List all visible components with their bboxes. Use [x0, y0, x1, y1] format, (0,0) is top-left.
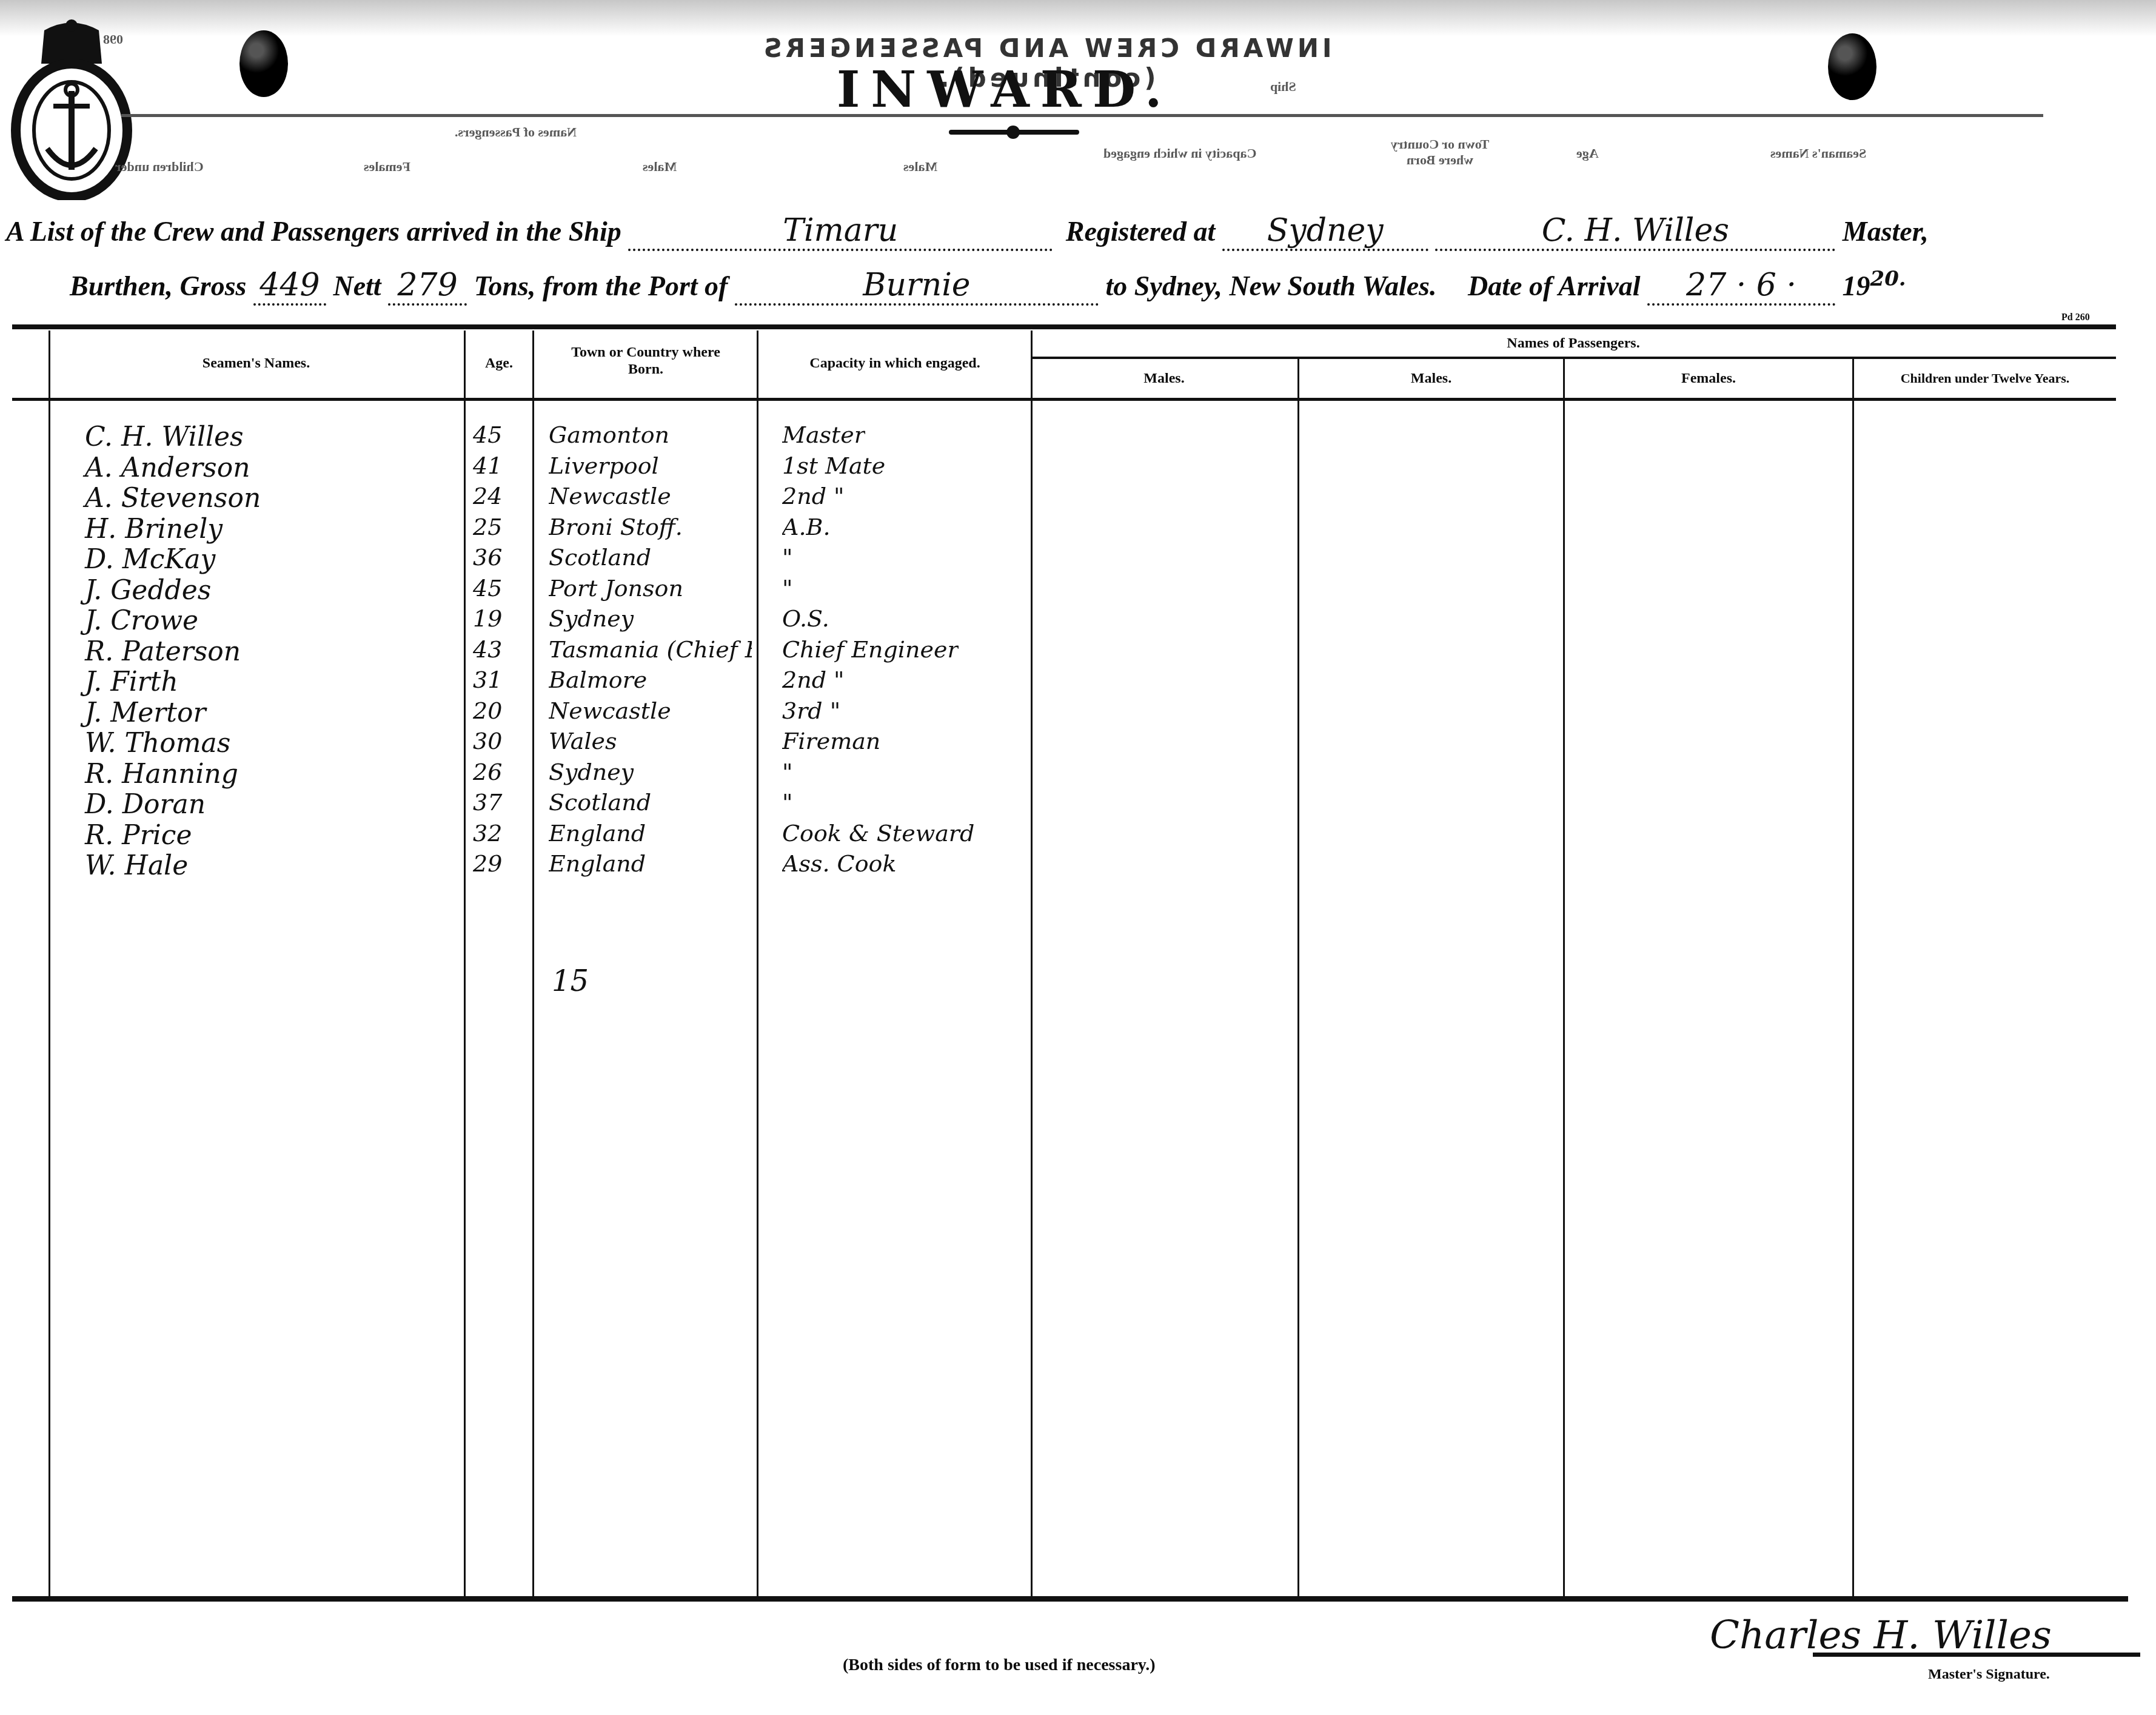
crew-town: Wales [549, 728, 617, 754]
crew-name: J. Geddes [85, 575, 211, 606]
col-line-age-town [532, 331, 534, 1598]
crew-capacity: " [782, 575, 792, 602]
crew-age: 43 [473, 636, 502, 663]
master-signature: Charles H. Willes [1710, 1613, 2052, 1658]
crew-capacity: 1st Mate [782, 452, 885, 479]
table-header-bottom-rule [12, 398, 2116, 401]
crew-capacity: O.S. [782, 605, 829, 632]
crew-age: 30 [473, 728, 502, 754]
crew-name: A. Stevenson [85, 483, 261, 514]
col-header-males-1: Males. [1031, 370, 1297, 387]
crew-name: R. Hanning [85, 759, 238, 790]
crew-capacity: Master [782, 421, 865, 448]
crew-town: Liverpool [549, 452, 659, 479]
crew-age: 26 [473, 759, 502, 785]
crew-age: 20 [473, 697, 502, 724]
col-line-males-females [1563, 359, 1565, 1598]
crew-town: England [549, 820, 646, 847]
crew-town: Sydney [549, 605, 634, 632]
crew-name: D. McKay [85, 544, 215, 575]
crew-town: Gamonton [549, 421, 669, 448]
crew-capacity: A.B. [782, 514, 831, 540]
arrival-date-field: 27 · 6 · [1647, 267, 1835, 306]
crew-capacity: " [782, 544, 792, 571]
arrival-year-field: 20. [1870, 267, 1906, 291]
crew-name: W. Hale [85, 850, 188, 881]
crew-name: D. Doran [85, 789, 206, 820]
crew-capacity: Ass. Cook [782, 850, 896, 877]
bleed-names-of-passengers: Names of Passengers. [455, 124, 577, 140]
bleed-age: Age [1576, 146, 1599, 161]
table-top-rule [12, 324, 2116, 329]
title-ornament [949, 130, 1079, 135]
col-header-capacity: Capacity in which engaged. [759, 355, 1031, 372]
crew-town: England [549, 850, 646, 877]
crew-town: Scotland [549, 544, 651, 571]
crew-town: Balmore [549, 666, 647, 693]
top-rule [121, 114, 2043, 117]
crew-age: 32 [473, 820, 502, 847]
bleed-capacity: Capacity in which engaged [1103, 146, 1256, 161]
bleed-males-2: Males [903, 159, 937, 175]
crew-age: 25 [473, 514, 502, 540]
crew-capacity: " [782, 789, 792, 816]
registered-port-field: Sydney [1222, 212, 1428, 251]
crew-capacity: Fireman [782, 728, 880, 754]
col-header-age: Age. [466, 355, 532, 372]
crew-age: 19 [473, 605, 502, 632]
bleed-town: Town or Country where Born [1382, 136, 1498, 168]
col-header-town: Town or Country where Born. [567, 344, 725, 378]
header-line-1: A List of the Crew and Passengers arrive… [6, 212, 1929, 251]
header-line-2: Burthen, Gross 449 Nett 279 Tons, from t… [70, 267, 1906, 306]
col-line-males-males [1297, 359, 1299, 1598]
crew-town: Port Jonson [549, 575, 683, 602]
col-line-capacity-passengers [1031, 331, 1033, 1598]
crew-name: W. Thomas [85, 728, 230, 759]
punch-hole-right [1828, 33, 1876, 100]
col-header-seamens-names: Seamen's Names. [49, 355, 464, 372]
master-name-field: C. H. Willes [1435, 212, 1835, 251]
crew-age: 29 [473, 850, 502, 877]
ship-name-field: Timaru [628, 212, 1053, 251]
crew-capacity: 2nd " [782, 666, 845, 693]
form-number: Pd 260 [2061, 312, 2090, 323]
footer-note: (Both sides of form to be used if necess… [843, 1656, 1156, 1675]
crew-town: Tasmania (Chief Engineer struck out) [549, 636, 752, 663]
crew-capacity: 3rd " [782, 697, 840, 724]
signature-label: Master's Signature. [1928, 1666, 2050, 1683]
col-line-name-age [464, 331, 466, 1598]
crew-capacity: 2nd " [782, 483, 845, 509]
crew-name: J. Mertor [85, 697, 206, 728]
crew-name: C. H. Willes [85, 421, 244, 452]
crew-name: J. Crowe [85, 605, 198, 636]
col-header-males-2: Males. [1299, 370, 1563, 387]
bleed-males-1: Males [643, 159, 677, 175]
col-line-left [49, 331, 50, 1598]
col-line-town-capacity [757, 331, 758, 1598]
crew-age: 36 [473, 544, 502, 571]
crew-name: H. Brinely [85, 514, 223, 545]
col-header-females: Females. [1565, 370, 1852, 387]
col-header-names-of-passengers: Names of Passengers. [1031, 335, 2116, 352]
passengers-subheader-rule [1031, 357, 2116, 359]
nett-tons-field: 279 [388, 267, 467, 306]
crew-town: Broni Stoff. [549, 514, 683, 540]
col-line-females-children [1852, 359, 1854, 1598]
crew-name: R. Price [85, 820, 192, 851]
col-header-children: Children under Twelve Years. [1854, 370, 2116, 387]
seal-edge-text: 098 [103, 32, 123, 47]
gross-tons-field: 449 [253, 267, 326, 306]
punch-hole-left [239, 30, 288, 97]
bleed-seamens-names: Seaman's Names [1770, 146, 1866, 161]
crew-total: 15 [552, 964, 589, 998]
crew-name: R. Paterson [85, 636, 241, 667]
crew-age: 45 [473, 421, 502, 448]
crew-capacity: Chief Engineer [782, 636, 959, 663]
bleed-through-ship: Ship [1270, 79, 1296, 95]
crew-age: 31 [473, 666, 502, 693]
signature-line [1813, 1653, 2140, 1657]
crew-town: Sydney [549, 759, 634, 785]
bleed-females: Females [364, 159, 410, 175]
bleed-children: Children under [115, 159, 204, 175]
crew-name: A. Anderson [85, 452, 250, 483]
crew-town: Newcastle [549, 483, 671, 509]
crew-name: J. Firth [85, 666, 178, 697]
form-title: INWARD. [837, 61, 1173, 119]
crew-age: 37 [473, 789, 502, 816]
from-port-field: Burnie [735, 267, 1099, 306]
crew-town: Newcastle [549, 697, 671, 724]
crew-age: 24 [473, 483, 502, 509]
crew-capacity: Cook & Steward [782, 820, 974, 847]
crew-capacity: " [782, 759, 792, 785]
crew-town: Scotland [549, 789, 651, 816]
table-bottom-rule [12, 1596, 2128, 1602]
crew-age: 45 [473, 575, 502, 602]
crew-age: 41 [473, 452, 502, 479]
scan-smudge [0, 0, 2156, 36]
